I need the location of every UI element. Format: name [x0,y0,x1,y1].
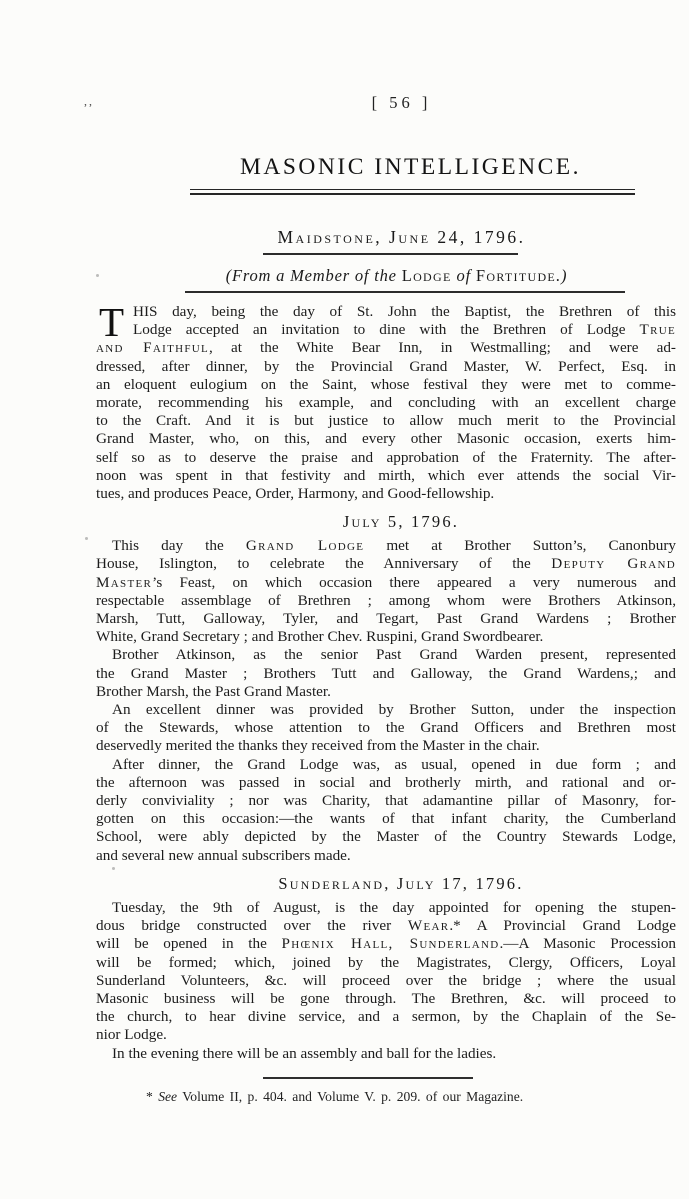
body-line: tues, and produces Peace, Order, Harmony… [96,485,676,503]
dateline-rule [263,253,518,255]
body-line: morate, recommending his example, and co… [96,394,676,412]
body-line: Brother Atkinson, as the senior Past Gra… [96,646,676,664]
paragraph: An excellent dinner was provided by Brot… [96,701,676,756]
body-line: Brother Marsh, the Past Grand Master. [96,683,676,701]
body-line: the church, to hear divine service, and … [96,1008,676,1026]
footnote: * See Volume II, p. 404. and Volume V. p… [146,1089,616,1105]
body-line: respectable assemblage of Brethren ; amo… [96,592,676,610]
paragraph: Brother Atkinson, as the senior Past Gra… [96,646,676,701]
body-line: This day the Grand Lodge met at Brother … [96,537,676,555]
body-line: noon was spent in that festivity and mir… [96,467,676,485]
body-line: Masonic business will be gone through. T… [96,990,676,1008]
scan-speck [112,867,115,870]
body-line: School, were ably depicted by the Master… [96,828,676,846]
body-line: An excellent dinner was provided by Brot… [96,701,676,719]
paragraph: After dinner, the Grand Lodge was, as us… [96,756,676,865]
body-line: In the evening there will be an assembly… [96,1045,676,1063]
body-line: HIS day, being the day of St. John the B… [96,303,676,321]
body-line: gotten on this occasion:—the wants of th… [96,810,676,828]
body-line: dressed, after dinner, by the Provincial… [96,358,676,376]
document-page: ,, [ 56 ] MASONIC INTELLIGENCE. Maidston… [0,0,689,1199]
body-line: After dinner, the Grand Lodge was, as us… [96,756,676,774]
body-line: nior Lodge. [96,1026,676,1044]
body-line: Tuesday, the 9th of August, is the day a… [96,899,676,917]
paragraph: This day the Grand Lodge met at Brother … [96,537,676,646]
body-line: White, Grand Secretary ; and Brother Che… [96,628,676,646]
body-line: Lodge accepted an invitation to dine wit… [96,321,676,339]
section-byline: (From a Member of the Lodge of Fortitude… [52,266,689,286]
section-dateline: Maidstone, June 24, 1796. [57,227,689,248]
body-line: an eloquent eulogium on the Saint, whose… [96,376,676,394]
body-line: of the Stewards, whose attention to the … [96,719,676,737]
body-line: House, Islington, to celebrate the Anniv… [96,555,676,573]
body-line: deservedly merited the thanks they recei… [96,737,676,755]
body-line: will be opened in the Phœnix Hall, Sunde… [96,935,676,953]
footnote-rule [263,1077,473,1079]
body-line: Marsh, Tutt, Galloway, Tyler, and Tegart… [96,610,676,628]
section-dateline: July 5, 1796. [111,511,689,532]
body-line: will be formed; which, joined by the Mag… [96,954,676,972]
drop-cap: T [99,304,124,340]
body-line: Sunderland Volunteers, &c. will proceed … [96,972,676,990]
body-line: Master’s Feast, on which occasion there … [96,574,676,592]
body-line: to the Craft. And it is but justice to a… [96,412,676,430]
page-number: [ 56 ] [57,0,689,113]
page-title: MASONIC INTELLIGENCE. [66,154,689,181]
paragraph: THIS day, being the day of St. John the … [96,303,676,503]
body-line: the afternoon was passed in social and b… [96,774,676,792]
body-line: derly conviviality ; nor was Charity, th… [96,792,676,810]
paragraph: Tuesday, the 9th of August, is the day a… [96,899,676,1045]
title-rule [190,189,635,195]
body-line: and several new annual subscribers made. [96,847,676,865]
body-text: THIS day, being the day of St. John the … [96,303,676,1063]
scan-speck [85,537,88,540]
body-line: dous bridge constructed over the river W… [96,917,676,935]
byline-rule [185,291,625,293]
body-line: self so as to deserve the praise and app… [96,449,676,467]
paragraph: In the evening there will be an assembly… [96,1045,676,1063]
body-line: and Faithful, at the White Bear Inn, in … [96,339,676,357]
body-line: the Grand Master ; Brothers Tutt and Gal… [96,665,676,683]
body-line: Grand Master, who, on this, and every ot… [96,430,676,448]
section-dateline: Sunderland, July 17, 1796. [111,873,689,894]
